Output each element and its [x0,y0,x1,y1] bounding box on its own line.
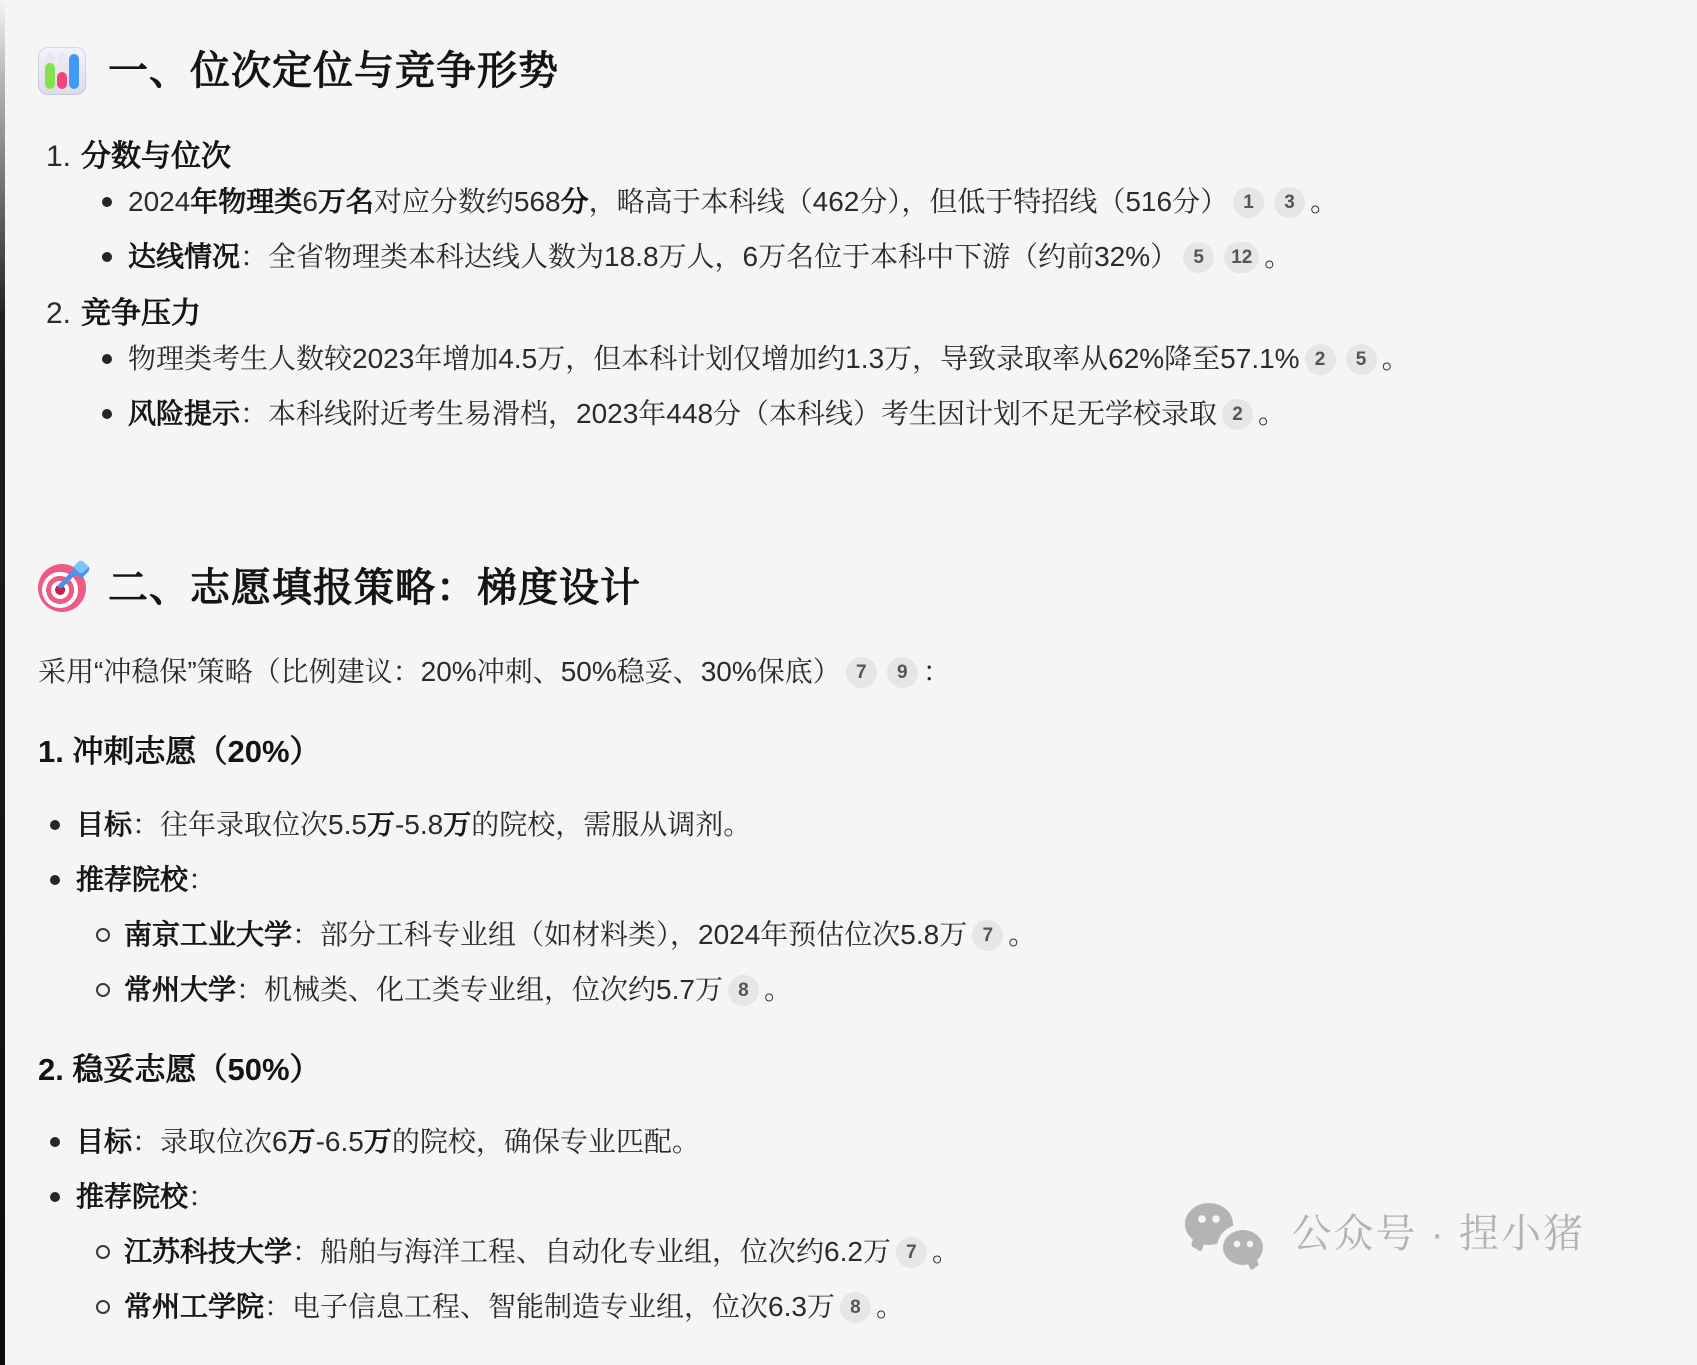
target-emoji-icon [38,564,86,612]
bullet-item: 2024年物理类6万名对应分数约568分，略高于本科线（462分），但低于特招线… [100,181,1653,223]
citation-badge[interactable]: 5 [1183,242,1214,273]
bold-text: 万 [288,1126,316,1157]
bold-text: 万 [364,1126,392,1157]
screenshot-left-edge [0,0,5,1365]
text: 的院校，需服从调剂。 [471,809,751,840]
text: 采用“冲稳保”策略（比例建议：20%冲刺、50%稳妥、30%保底） [38,656,841,687]
item-number: 1. [46,140,71,173]
bold-text: 万名 [318,186,374,217]
nested-bullet-list: 2024年物理类6万名对应分数约568分，略高于本科线（462分），但低于特招线… [100,181,1653,278]
bar-glyph [69,54,79,89]
bold-text: 万 [443,809,471,840]
bold-text: 南京工业大学 [124,919,292,950]
bullet-item: 目标：往年录取位次5.5万-5.8万的院校，需服从调剂。 [48,804,1653,846]
wechat-icon [1185,1201,1265,1267]
bar-glyph [57,72,67,89]
watermark: 公众号 · 捏小猪 [1185,1201,1585,1267]
numbered-item: 2.竞争压力 [46,291,1653,336]
sentence-end: 。 [764,974,792,1005]
citation-badge[interactable]: 1 [1233,187,1264,218]
citation-badge[interactable]: 7 [972,920,1003,951]
bar-chart-emoji-icon [38,47,86,95]
sentence-end: 。 [1382,343,1410,374]
sub-bullet-item: 南京工业大学：部分工科专业组（如材料类），2024年预估位次5.8万7。 [96,914,1653,956]
citation-badge[interactable]: 12 [1224,242,1259,273]
bold-text: 目标 [76,1126,132,1157]
text: ： [188,864,216,895]
sentence-end: 。 [1264,241,1292,272]
sub-bullet-item: 常州大学：机械类、化工类专业组，位次约5.7万8。 [96,969,1653,1011]
text: ：机械类、化工类专业组，位次约5.7万 [236,974,723,1005]
bullet-item: 风险提示：本科线附近考生易滑档，2023年448分（本科线）考生因计划不足无学校… [100,393,1653,435]
strategy-intro: 采用“冲稳保”策略（比例建议：20%冲刺、50%稳妥、30%保底）79： [38,651,1653,693]
citation-badge[interactable]: 7 [846,657,877,688]
text: ：船舶与海洋工程、自动化专业组，位次约6.2万 [292,1236,891,1267]
text: 的院校，确保专业匹配。 [392,1126,700,1157]
bullet-list: 目标：往年录取位次5.5万-5.8万的院校，需服从调剂。推荐院校：南京工业大学：… [48,804,1653,1011]
text: ：全省物理类本科达线人数为18.8万人，6万名位于本科中下游（约前32%） [240,241,1178,272]
sentence-end: 。 [1258,398,1286,429]
watermark-text: 公众号 · 捏小猪 [1291,1204,1585,1264]
section-1: 一、位次定位与竞争形势1.分数与位次2024年物理类6万名对应分数约568分，略… [38,46,1653,435]
bullet-item: 推荐院校：南京工业大学：部分工科专业组（如材料类），2024年预估位次5.8万7… [48,859,1653,1011]
text: ：本科线附近考生易滑档，2023年448分（本科线）考生因计划不足无学校录取 [240,398,1217,429]
bold-text: 年物理类 [190,186,302,217]
bold-text: 常州工学院 [124,1291,264,1322]
item-number: 2. [46,297,71,330]
bullet-item: 达线情况：全省物理类本科达线人数为18.8万人，6万名位于本科中下游（约前32%… [100,236,1653,278]
text: ：往年录取位次5.5 [132,809,367,840]
numbered-item: 1.分数与位次 [46,134,1653,179]
text: ，略高于本科线（462分），但低于特招线（516分） [589,186,1228,217]
text: 对应分数约568 [374,186,561,217]
section-title: 一、位次定位与竞争形势 [108,46,559,96]
article-content: 一、位次定位与竞争形势1.分数与位次2024年物理类6万名对应分数约568分，略… [0,0,1697,1328]
citation-badge[interactable]: 8 [840,1292,871,1323]
item-label: 竞争压力 [81,297,201,330]
citation-badge[interactable]: 2 [1222,399,1253,430]
text: 2024 [128,186,190,217]
citation-badge[interactable]: 7 [896,1237,927,1268]
text: ：录取位次6 [132,1126,288,1157]
bullet-item: 目标：录取位次6万-6.5万的院校，确保专业匹配。 [48,1121,1653,1163]
bullet-item: 物理类考生人数较2023年增加4.5万，但本科计划仅增加约1.3万，导致录取率从… [100,338,1653,380]
citation-badge[interactable]: 5 [1346,344,1377,375]
section-heading: 二、志愿填报策略：梯度设计 [38,563,1653,613]
citation-badge[interactable]: 2 [1305,344,1336,375]
bold-text: 推荐院校 [76,1181,188,1212]
bar-glyph [45,63,55,89]
citation-badge[interactable]: 3 [1274,187,1305,218]
subsection-heading: 1. 冲刺志愿（20%） [38,729,1653,776]
text: ： [188,1181,216,1212]
wechat-bubble-small [1223,1230,1263,1265]
sentence-end: 。 [932,1236,960,1267]
text: ：电子信息工程、智能制造专业组，位次6.3万 [264,1291,835,1322]
sentence-end: 。 [1008,919,1036,950]
citation-badge[interactable]: 9 [887,657,918,688]
sub-bullet-item: 常州工学院：电子信息工程、智能制造专业组，位次6.3万8。 [96,1286,1653,1328]
bold-text: 风险提示 [128,398,240,429]
bold-text: 江苏科技大学 [124,1236,292,1267]
bold-text: 达线情况 [128,241,240,272]
sub-bullet-list: 南京工业大学：部分工科专业组（如材料类），2024年预估位次5.8万7。常州大学… [96,914,1653,1011]
sentence-end: 。 [1310,186,1338,217]
bold-text: 目标 [76,809,132,840]
text: ：部分工科专业组（如材料类），2024年预估位次5.8万 [292,919,967,950]
bold-text: 常州大学 [124,974,236,1005]
text: -5.8 [395,809,443,840]
section-title: 二、志愿填报策略：梯度设计 [108,563,641,613]
text: 物理类考生人数较2023年增加4.5万，但本科计划仅增加约1.3万，导致录取率从… [128,343,1300,374]
sentence-end: ： [923,656,951,687]
bold-text: 分 [561,186,589,217]
item-label: 分数与位次 [81,140,231,173]
section-heading: 一、位次定位与竞争形势 [38,46,1653,96]
bold-text: 万 [367,809,395,840]
bold-text: 推荐院校 [76,864,188,895]
nested-bullet-list: 物理类考生人数较2023年增加4.5万，但本科计划仅增加约1.3万，导致录取率从… [100,338,1653,435]
sentence-end: 。 [876,1291,904,1322]
subsection-heading: 2. 稳妥志愿（50%） [38,1047,1653,1094]
text: -6.5 [316,1126,364,1157]
citation-badge[interactable]: 8 [728,975,759,1006]
text: 6 [302,186,318,217]
